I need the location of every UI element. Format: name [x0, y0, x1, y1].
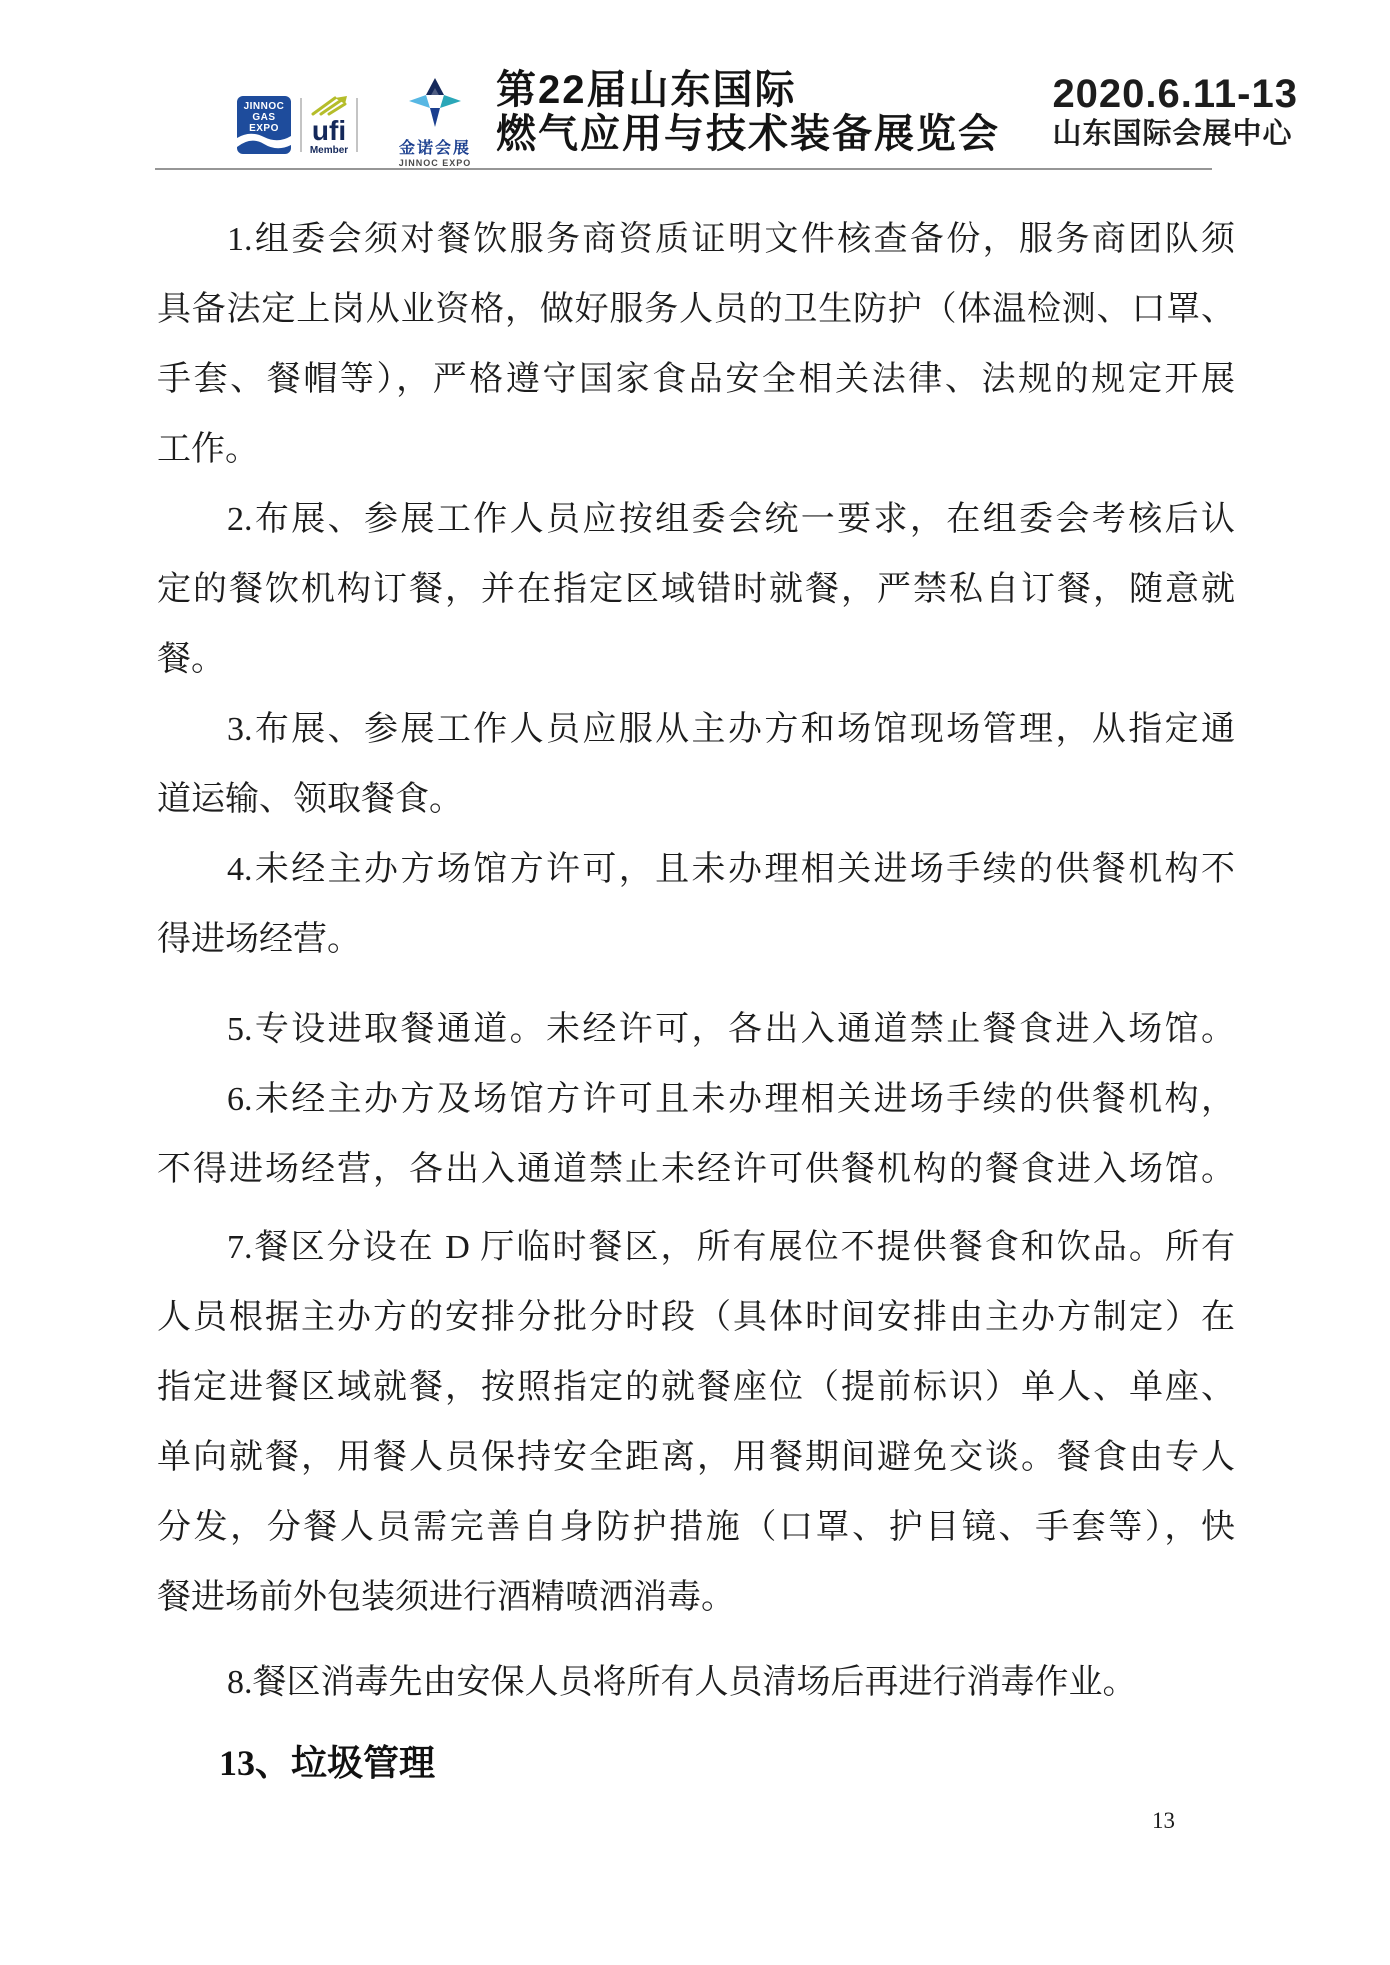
- paragraph-line: 分发，分餐人员需完善自身防护措施（口罩、护目镜、手套等），快: [157, 1493, 1235, 1563]
- jinnoc-expo-cn-text: 金诺会展: [380, 135, 490, 158]
- expo-title: 第22届山东国际 燃气应用与技术装备展览会: [496, 68, 1000, 156]
- paragraph-line: 5.专设进取餐通道。未经许可，各出入通道禁止餐食进入场馆。: [157, 995, 1235, 1065]
- logo-divider: [356, 98, 358, 152]
- jinnoc-gas-expo-logo-text: JINNOC GAS EXPO: [237, 101, 291, 134]
- document-page: JINNOC GAS EXPO ufi Member: [0, 0, 1390, 1965]
- paragraph-line: 3.布展、参展工作人员应服从主办方和场馆现场管理，从指定通: [157, 695, 1235, 765]
- paragraph-line: 7.餐区分设在 D 厅临时餐区，所有展位不提供餐食和饮品。所有: [157, 1213, 1235, 1283]
- header-divider-line: [155, 168, 1212, 170]
- paragraph-line: 具备法定上岗从业资格，做好服务人员的卫生防护（体温检测、口罩、: [157, 275, 1235, 345]
- ufi-member-logo: ufi Member: [306, 92, 352, 158]
- logo-line: JINNOC: [244, 101, 285, 112]
- ufi-member-text: Member: [306, 145, 352, 156]
- paragraph-line: 6.未经主办方及场馆方许可且未办理相关进场手续的供餐机构，: [157, 1065, 1235, 1135]
- paragraph-line: 8.餐区消毒先由安保人员将所有人员清场后再进行消毒作业。: [157, 1648, 1235, 1718]
- wave-icon: [237, 132, 291, 154]
- paragraph-line: 人员根据主办方的安排分批分时段（具体时间安排由主办方制定）在: [157, 1283, 1235, 1353]
- expo-title-line2: 燃气应用与技术装备展览会: [496, 112, 1000, 156]
- paragraph-line: 单向就餐，用餐人员保持安全距离，用餐期间避免交谈。餐食由专人: [157, 1423, 1235, 1493]
- paragraph-line: 定的餐饮机构订餐，并在指定区域错时就餐，严禁私自订餐，随意就: [157, 555, 1235, 625]
- jinnoc-gas-expo-logo: JINNOC GAS EXPO: [237, 96, 291, 154]
- paragraph-line: 餐。: [157, 625, 1235, 695]
- paragraph-line: 道运输、领取餐食。: [157, 765, 1235, 835]
- star-icon: [409, 78, 461, 128]
- page-number: 13: [1152, 1808, 1175, 1834]
- logo-line: GAS: [252, 112, 275, 123]
- expo-title-line1: 第22届山东国际: [496, 68, 1000, 112]
- paragraph-line: 4.未经主办方场馆方许可，且未办理相关进场手续的供餐机构不: [157, 835, 1235, 905]
- paragraph-line: 手套、餐帽等），严格遵守国家食品安全相关法律、法规的规定开展: [157, 345, 1235, 415]
- paragraph-line: 餐进场前外包装须进行酒精喷洒消毒。: [157, 1563, 1235, 1633]
- paragraph-line: 1.组委会须对餐饮服务商资质证明文件核查备份，服务商团队须: [157, 205, 1235, 275]
- paragraph-line: 得进场经营。: [157, 905, 1235, 975]
- expo-date: 2020.6.11-13: [1052, 72, 1298, 116]
- logo-divider: [300, 98, 302, 152]
- document-body: 1.组委会须对餐饮服务商资质证明文件核查备份，服务商团队须 具备法定上岗从业资格…: [157, 205, 1235, 1798]
- jinnoc-expo-logo: 金诺会展 JINNOC EXPO: [380, 78, 490, 168]
- expo-venue: 山东国际会展中心: [1052, 116, 1298, 152]
- jinnoc-expo-en-text: JINNOC EXPO: [380, 158, 490, 168]
- paragraph-line: 工作。: [157, 415, 1235, 485]
- expo-date-venue: 2020.6.11-13 山东国际会展中心: [1052, 72, 1298, 152]
- paragraph-line: 2.布展、参展工作人员应按组委会统一要求，在组委会考核后认: [157, 485, 1235, 555]
- paragraph-line: 不得进场经营，各出入通道禁止未经许可供餐机构的餐食进入场馆。: [157, 1135, 1235, 1205]
- ufi-logo-text: ufi: [306, 117, 352, 145]
- section-heading: 13、垃圾管理: [157, 1728, 1235, 1798]
- paragraph-line: 指定进餐区域就餐，按照指定的就餐座位（提前标识）单人、单座、: [157, 1353, 1235, 1423]
- page-header: JINNOC GAS EXPO ufi Member: [0, 0, 1390, 175]
- ufi-wing-icon: [309, 92, 349, 116]
